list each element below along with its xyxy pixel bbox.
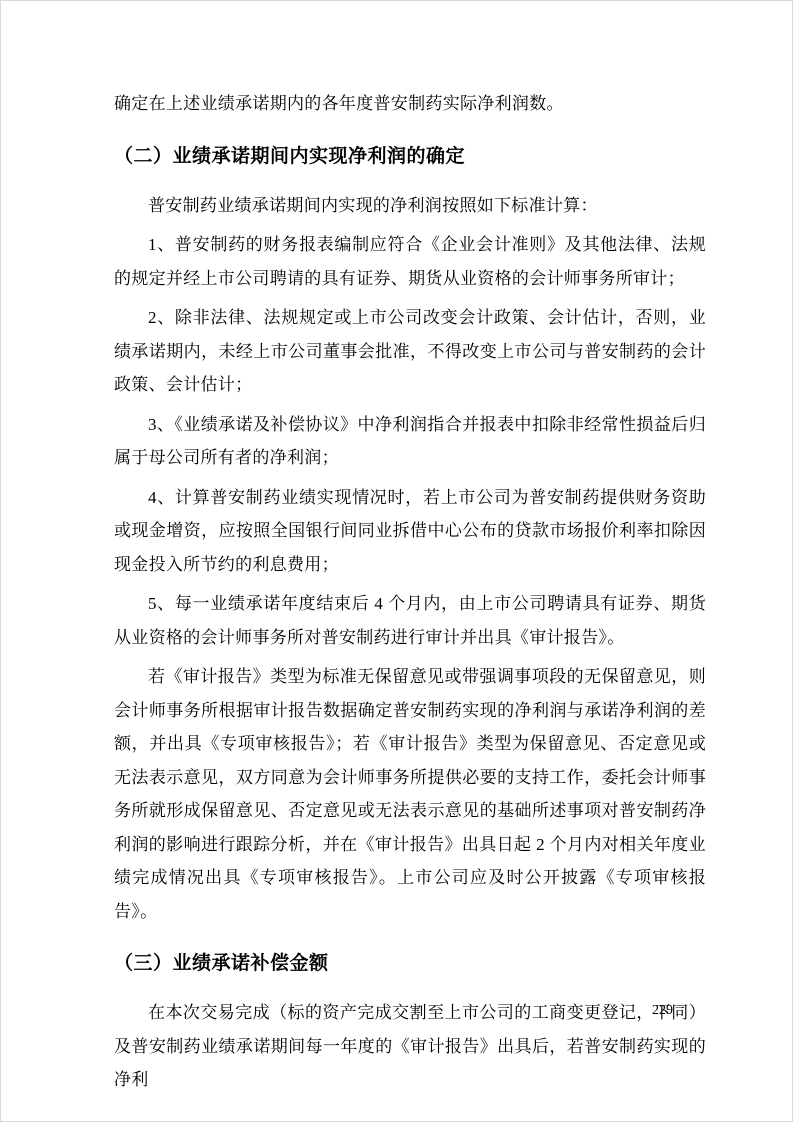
section-3-heading: （三）业绩承诺补偿金额 <box>114 950 706 978</box>
paragraph-continuation: 确定在上述业绩承诺期内的各年度普安制药实际净利润数。 <box>114 87 706 121</box>
audit-report-paragraph: 若《审计报告》类型为标准无保留意见或带强调事项段的无保留意见，则会计师事务所根据… <box>114 660 706 928</box>
numbered-item-1: 1、普安制药的财务报表编制应符合《企业会计准则》及其他法律、法规的规定并经上市公… <box>114 228 706 295</box>
numbered-item-2: 2、除非法律、法规规定或上市公司改变会计政策、会计估计，否则，业绩承诺期内，未经… <box>114 301 706 402</box>
numbered-item-4: 4、计算普安制药业绩实现情况时，若上市公司为普安制药提供财务资助或现金增资，应按… <box>114 481 706 582</box>
document-page: 确定在上述业绩承诺期内的各年度普安制药实际净利润数。 （二）业绩承诺期间内实现净… <box>0 0 793 1122</box>
section-2-heading: （二）业绩承诺期间内实现净利润的确定 <box>114 143 706 171</box>
numbered-item-5: 5、每一业绩承诺年度结束后 4 个月内，由上市公司聘请具有证券、期货从业资格的会… <box>114 587 706 654</box>
numbered-item-3: 3、《业绩承诺及补偿协议》中净利润指合并报表中扣除非经常性损益后归属于母公司所有… <box>114 408 706 475</box>
section-2-lead-paragraph: 普安制药业绩承诺期间内实现的净利润按照如下标准计算： <box>114 189 706 223</box>
content-area: 确定在上述业绩承诺期内的各年度普安制药实际净利润数。 （二）业绩承诺期间内实现净… <box>114 1 706 1103</box>
page-number: 229 <box>561 1002 673 1020</box>
